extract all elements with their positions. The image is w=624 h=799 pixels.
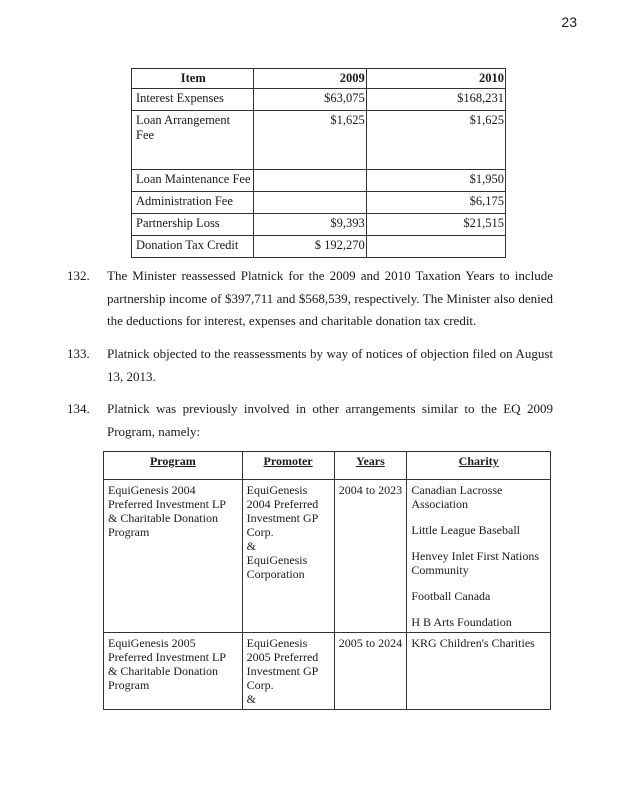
paragraph-number: 132. (67, 265, 90, 288)
cell-charity: Canadian Lacrosse Association Little Lea… (407, 480, 551, 633)
table-row: Loan Arrangement Fee $1,625 $1,625 (132, 111, 506, 170)
paragraph-number: 134. (67, 398, 90, 421)
cell-2010: $21,515 (366, 214, 505, 236)
cell-item: Loan Arrangement Fee (132, 111, 254, 170)
charity-item: H B Arts Foundation (411, 615, 546, 629)
paragraph-134: 134. Platnick was previously involved in… (67, 398, 553, 443)
cell-2009 (253, 192, 366, 214)
charity-item: Henvey Inlet First Nations Community (411, 549, 546, 577)
promoter-line: & (247, 692, 330, 706)
paragraph-text: Platnick was previously involved in othe… (107, 398, 553, 443)
table-row: Interest Expenses $63,075 $168,231 (132, 89, 506, 111)
table-row: Administration Fee $6,175 (132, 192, 506, 214)
cell-item: Partnership Loss (132, 214, 254, 236)
table-row: Donation Tax Credit $ 192,270 (132, 236, 506, 258)
header-item: Item (132, 69, 254, 89)
paragraph-number: 133. (67, 343, 90, 366)
cell-2010: $1,950 (366, 170, 505, 192)
cell-2010 (366, 236, 505, 258)
promoter-line: EquiGenesis (247, 636, 330, 650)
promoter-line: Investment GP (247, 511, 330, 525)
page-number: 23 (561, 14, 577, 30)
table-row: EquiGenesis 2004 Preferred Investment LP… (104, 480, 551, 633)
cell-2009: $63,075 (253, 89, 366, 111)
paragraph-133: 133. Platnick objected to the reassessme… (67, 343, 553, 388)
cell-item: Donation Tax Credit (132, 236, 254, 258)
paragraph-text: Platnick objected to the reassessments b… (107, 343, 553, 388)
header-program: Program (104, 452, 243, 480)
promoter-line: Corp. (247, 525, 330, 539)
header-2009: 2009 (253, 69, 366, 89)
promoter-line: Corporation (247, 567, 330, 581)
table-row: EquiGenesis 2005 Preferred Investment LP… (104, 633, 551, 710)
cell-years: 2005 to 2024 (334, 633, 407, 710)
table-row: Partnership Loss $9,393 $21,515 (132, 214, 506, 236)
cell-item: Administration Fee (132, 192, 254, 214)
cell-promoter: EquiGenesis 2005 Preferred Investment GP… (242, 633, 334, 710)
header-promoter: Promoter (242, 452, 334, 480)
promoter-line: Corp. (247, 678, 330, 692)
cell-program: EquiGenesis 2004 Preferred Investment LP… (104, 480, 243, 633)
cell-2010: $168,231 (366, 89, 505, 111)
charity-item: Canadian Lacrosse Association (411, 483, 546, 511)
cell-charity: KRG Children's Charities (407, 633, 551, 710)
cell-2009: $1,625 (253, 111, 366, 170)
cell-2010: $6,175 (366, 192, 505, 214)
cell-2009: $9,393 (253, 214, 366, 236)
cell-promoter: EquiGenesis 2004 Preferred Investment GP… (242, 480, 334, 633)
charity-item: Football Canada (411, 589, 546, 603)
charity-item: Little League Baseball (411, 523, 546, 537)
cell-item: Interest Expenses (132, 89, 254, 111)
header-charity: Charity (407, 452, 551, 480)
program-table: Program Promoter Years Charity EquiGenes… (103, 451, 551, 710)
cell-2009 (253, 170, 366, 192)
promoter-line: 2005 Preferred (247, 650, 330, 664)
cell-years: 2004 to 2023 (334, 480, 407, 633)
table-header-row: Item 2009 2010 (132, 69, 506, 89)
promoter-line: EquiGenesis (247, 553, 330, 567)
paragraph-132: 132. The Minister reassessed Platnick fo… (67, 265, 553, 333)
expense-table: Item 2009 2010 Interest Expenses $63,075… (131, 68, 506, 258)
paragraph-text: The Minister reassessed Platnick for the… (107, 265, 553, 333)
promoter-line: 2004 Preferred (247, 497, 330, 511)
promoter-line: & (247, 539, 330, 553)
cell-program: EquiGenesis 2005 Preferred Investment LP… (104, 633, 243, 710)
cell-item: Loan Maintenance Fee (132, 170, 254, 192)
charity-item: KRG Children's Charities (411, 636, 546, 650)
header-2010: 2010 (366, 69, 505, 89)
table-header-row: Program Promoter Years Charity (104, 452, 551, 480)
header-years: Years (334, 452, 407, 480)
promoter-line: Investment GP (247, 664, 330, 678)
table-row: Loan Maintenance Fee $1,950 (132, 170, 506, 192)
cell-2009: $ 192,270 (253, 236, 366, 258)
cell-2010: $1,625 (366, 111, 505, 170)
promoter-line: EquiGenesis (247, 483, 330, 497)
